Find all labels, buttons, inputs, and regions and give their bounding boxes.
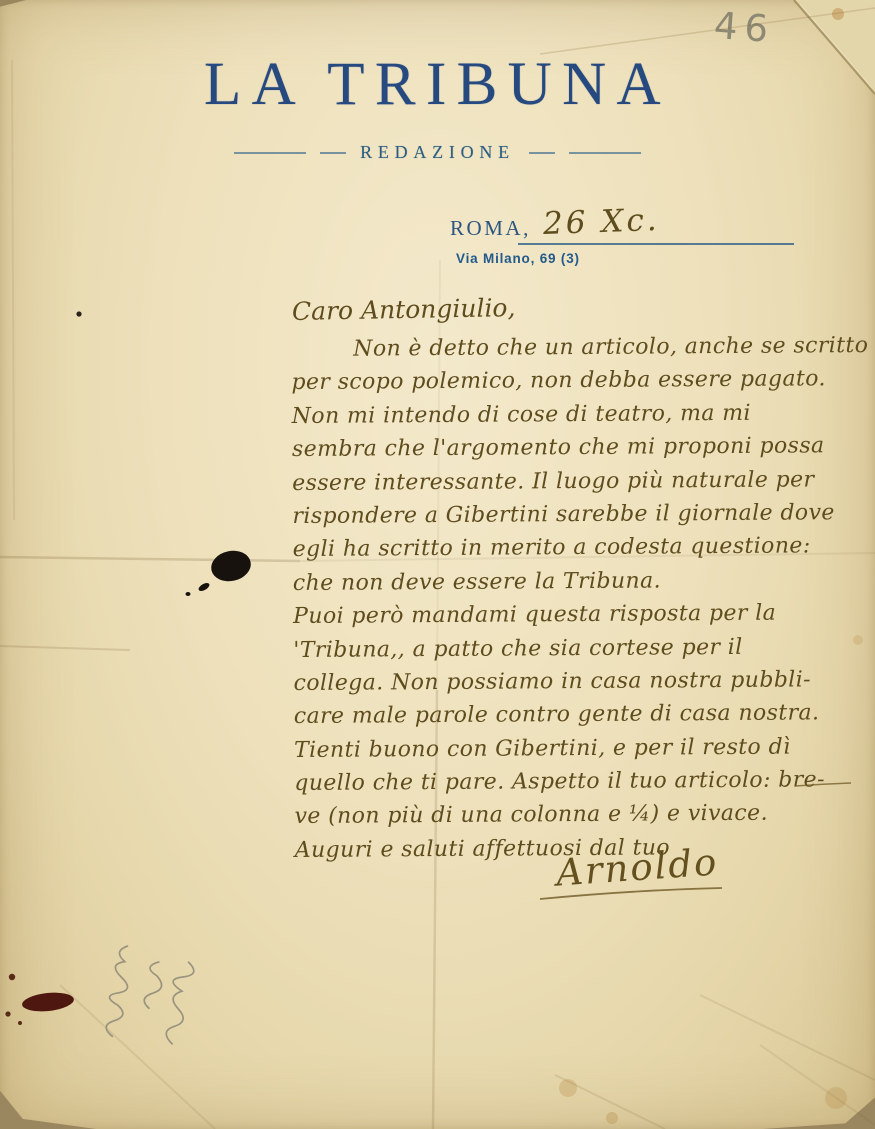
handwriting-line: ve (non più di una colonna e ¼) e vivace… [294,796,871,833]
date-rule [518,243,794,245]
handwriting-line: egli ha scritto in merito a codesta ques… [293,529,870,566]
salutation: Caro Antongiulio, [292,293,516,326]
handwriting-line: quello che ti pare. Aspetto il tuo artic… [294,763,871,800]
handwriting-line: rispondere a Gibertini sarebbe il giorna… [292,496,869,533]
address-line: Via Milano, 69 (3) [456,251,580,266]
handwriting-line: per scopo polemico, non debba essere pag… [291,362,868,399]
handwriting-line: Puoi però mandami questa risposta per la [293,596,870,633]
redazione-rule-left-short [320,152,346,154]
handwriting-line: Non è detto che un articolo, anche se sc… [291,329,868,366]
letterhead-section-label: REDAZIONE [360,142,515,163]
letterhead-title: LA TRIBUNA [0,50,875,120]
handwriting-line: 'Tribuna,, a patto che sia cortese per i… [293,630,870,667]
letter-body: Non è detto che un articolo, anche se sc… [291,329,872,867]
handwriting-line: Non mi intendo di cose di teatro, ma mi [292,396,869,433]
handwriting-line: sembra che l'argomento che mi proponi po… [292,429,869,466]
letterhead-section-row: REDAZIONE [0,142,875,163]
redazione-rule-left-long [234,152,306,154]
handwriting-line: Tienti buono con Gibertini, e per il res… [294,730,871,767]
place-label: ROMA, [450,216,531,241]
handwriting-line: collega. Non possiamo in casa nostra pub… [293,663,870,700]
handwriting-line: che non deve essere la Tribuna. [293,563,870,600]
handwriting-line: care male parole contro gente di casa no… [294,696,871,733]
scanned-letter: LA TRIBUNA REDAZIONE ROMA, 26 Xc. Via Mi… [0,0,875,1129]
redazione-rule-right-short [529,152,555,154]
archive-number-pencil: 46 [713,4,777,51]
handwritten-date: 26 Xc. [542,202,660,242]
handwriting-line: essere interessante. Il luogo più natura… [292,463,869,500]
redazione-rule-right-long [569,152,641,154]
